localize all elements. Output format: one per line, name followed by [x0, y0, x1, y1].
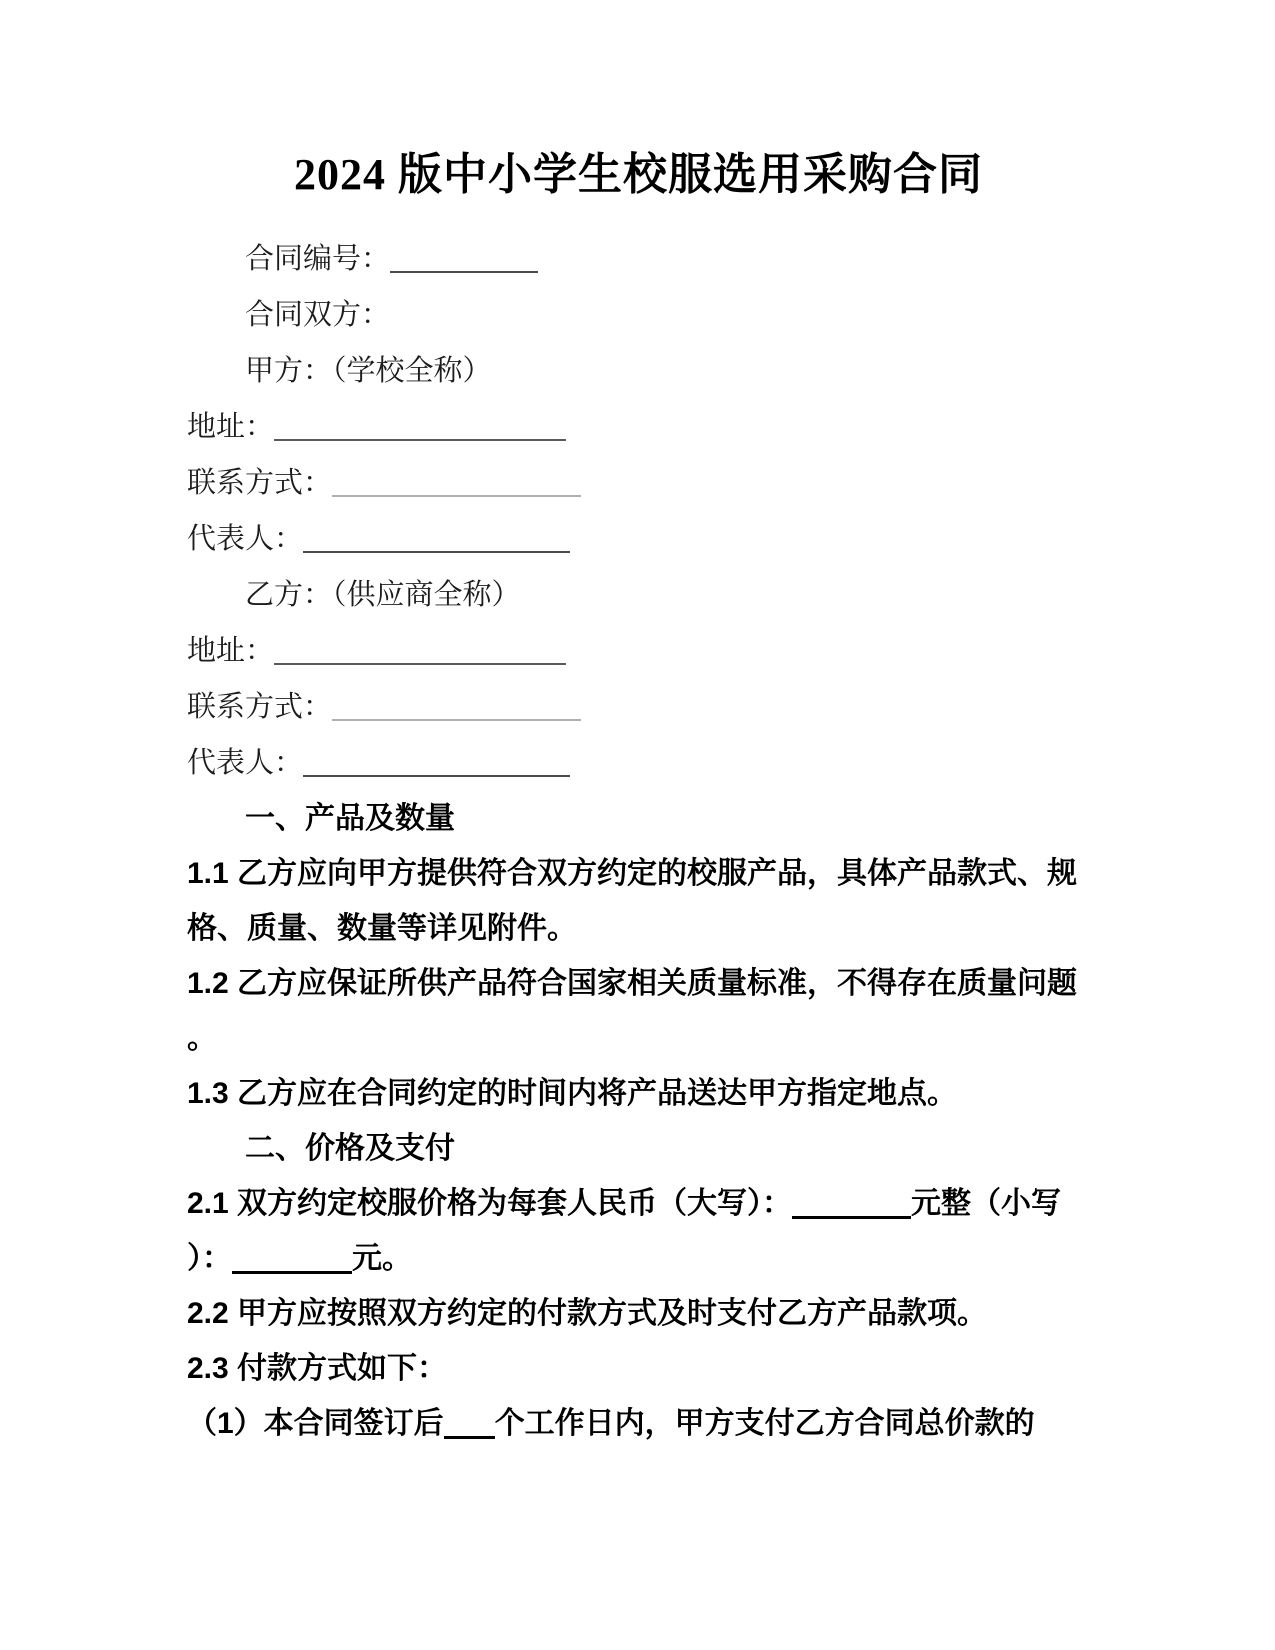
line-text: 个工作日内，甲方支付乙方合同总价款的: [495, 1407, 1035, 1440]
intro-line: 地址：: [187, 399, 1090, 455]
line-text: 1.2 乙方应保证所供产品符合国家相关质量标准，不得存在质量问题: [187, 967, 1077, 1000]
clause-line: （1）本合同签订后个工作日内，甲方支付乙方合同总价款的: [187, 1396, 1090, 1451]
intro-line: 甲方：（学校全称）: [187, 343, 1090, 399]
section-heading: 二、价格及支付: [187, 1121, 1090, 1176]
section-heading: 一、产品及数量: [187, 791, 1090, 846]
line-text: 乙方：（供应商全称）: [245, 579, 521, 611]
line-text: 二、价格及支付: [245, 1132, 455, 1165]
line-text: 2.1 双方约定校服价格为每套人民币（大写）：: [187, 1187, 792, 1220]
blank-field: [303, 543, 570, 553]
line-text: 格、质量、数量等详见附件。: [187, 912, 577, 945]
blank-field: [390, 263, 538, 273]
line-text: 元整（小写: [911, 1187, 1061, 1220]
clause-line: 1.2 乙方应保证所供产品符合国家相关质量标准，不得存在质量问题: [187, 956, 1090, 1011]
intro-line: 合同编号：: [187, 231, 1090, 287]
line-text: 1.1 乙方应向甲方提供符合双方约定的校服产品，具体产品款式、规: [187, 857, 1077, 890]
clause-line: 2.2 甲方应按照双方约定的付款方式及时支付乙方产品款项。: [187, 1286, 1090, 1341]
page-content: 2024 版中小学生校服选用采购合同 合同编号：合同双方：甲方：（学校全称）地址…: [0, 0, 1275, 1451]
clause-line: 1.3 乙方应在合同约定的时间内将产品送达甲方指定地点。: [187, 1066, 1090, 1121]
intro-line: 地址：: [187, 623, 1090, 679]
line-text: 。: [187, 1022, 217, 1055]
blank-field: [792, 1208, 911, 1219]
clauses-section: 一、产品及数量1.1 乙方应向甲方提供符合双方约定的校服产品，具体产品款式、规格…: [187, 791, 1090, 1451]
blank-field: [274, 431, 566, 441]
document-title: 2024 版中小学生校服选用采购合同: [187, 145, 1090, 205]
clause-line: ）：元。: [187, 1231, 1090, 1286]
intro-line: 联系方式：: [187, 679, 1090, 735]
line-text: 代表人：: [187, 523, 303, 555]
blank-field: [303, 767, 570, 777]
line-text: 联系方式：: [187, 691, 332, 723]
blank-field: [274, 655, 566, 665]
line-text: ）：: [187, 1242, 232, 1275]
line-text: 1.3 乙方应在合同约定的时间内将产品送达甲方指定地点。: [187, 1077, 957, 1110]
clause-line: 1.1 乙方应向甲方提供符合双方约定的校服产品，具体产品款式、规: [187, 846, 1090, 901]
line-text: 合同编号：: [245, 243, 390, 275]
contract-page: 2024 版中小学生校服选用采购合同 合同编号：合同双方：甲方：（学校全称）地址…: [0, 0, 1275, 1650]
intro-line: 乙方：（供应商全称）: [187, 567, 1090, 623]
line-text: 元。: [352, 1242, 412, 1275]
intro-line: 合同双方：: [187, 287, 1090, 343]
line-text: 合同双方：: [245, 299, 390, 331]
blank-field: [332, 487, 581, 497]
blank-field: [332, 711, 581, 721]
line-text: 地址：: [187, 635, 274, 667]
clause-line: 。: [187, 1011, 1090, 1066]
line-text: （1）本合同签订后: [187, 1407, 444, 1440]
line-text: 联系方式：: [187, 467, 332, 499]
line-text: 一、产品及数量: [245, 802, 455, 835]
line-text: 地址：: [187, 411, 274, 443]
clause-line: 2.3 付款方式如下：: [187, 1341, 1090, 1396]
party-section: 合同编号：合同双方：甲方：（学校全称）地址：联系方式：代表人：乙方：（供应商全称…: [187, 231, 1090, 791]
line-text: 代表人：: [187, 747, 303, 779]
intro-line: 联系方式：: [187, 455, 1090, 511]
clause-line: 2.1 双方约定校服价格为每套人民币（大写）：元整（小写: [187, 1176, 1090, 1231]
blank-field: [444, 1428, 495, 1439]
blank-field: [232, 1263, 352, 1274]
intro-line: 代表人：: [187, 735, 1090, 791]
line-text: 2.2 甲方应按照双方约定的付款方式及时支付乙方产品款项。: [187, 1297, 987, 1330]
intro-line: 代表人：: [187, 511, 1090, 567]
line-text: 2.3 付款方式如下：: [187, 1352, 447, 1385]
clause-line: 格、质量、数量等详见附件。: [187, 901, 1090, 956]
line-text: 甲方：（学校全称）: [245, 355, 492, 387]
